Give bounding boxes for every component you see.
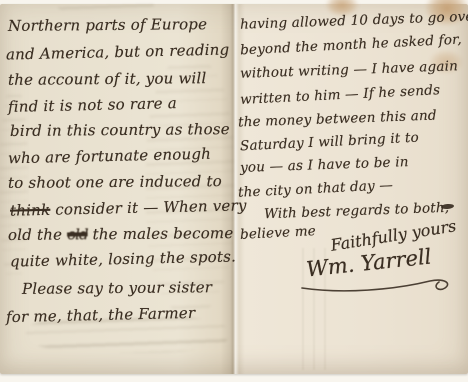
handwritten-line: without writing — I have again [240, 58, 458, 82]
handwritten-line: beyond the month he asked for, [240, 32, 462, 59]
scribbled-out-word: old [67, 225, 88, 243]
left-page: Northern parts of Europe and America, bu… [6, 4, 234, 374]
struck-word: think [10, 201, 51, 220]
handwritten-line: Please say to your sister [22, 278, 212, 298]
handwritten-line: written to him — If he sends [240, 82, 441, 108]
signature-flourish [298, 276, 458, 296]
handwritten-line: the account of it, you will [8, 69, 207, 89]
line-text: the males become [88, 224, 234, 243]
handwritten-line: having allowed 10 days to go over —— [240, 7, 468, 32]
handwritten-line: quite white, losing the spots. [10, 247, 236, 270]
handwritten-line: to shoot one are induced to [8, 172, 222, 192]
handwritten-line: think consider it — When very [10, 196, 247, 219]
handwritten-line: With best regards to both, [264, 200, 450, 222]
line-text: consider it — When very [50, 196, 247, 218]
handwritten-line: Saturday I will bring it to [240, 130, 420, 155]
handwritten-line: the money between this and [238, 108, 437, 131]
handwritten-line: find it is not so rare a [8, 94, 177, 116]
handwritten-line: Northern parts of Europe [8, 15, 207, 35]
handwritten-line: and America, but on reading [6, 40, 230, 63]
handwritten-line: old the old the males become [8, 224, 234, 244]
handwritten-line: bird in this country as those [10, 120, 230, 140]
line-text: old the [8, 225, 67, 244]
handwritten-line: who are fortunate enough [8, 145, 211, 168]
letter-scan: Northern parts of Europe and America, bu… [0, 0, 468, 382]
handwritten-line: believe me [240, 223, 317, 243]
handwritten-line: you — as I have to be in [240, 154, 409, 176]
handwritten-line: for me, that, the Farmer [6, 304, 196, 326]
handwritten-line: the city on that day — [238, 177, 394, 201]
right-page: having allowed 10 days to go over —— bey… [238, 4, 468, 374]
